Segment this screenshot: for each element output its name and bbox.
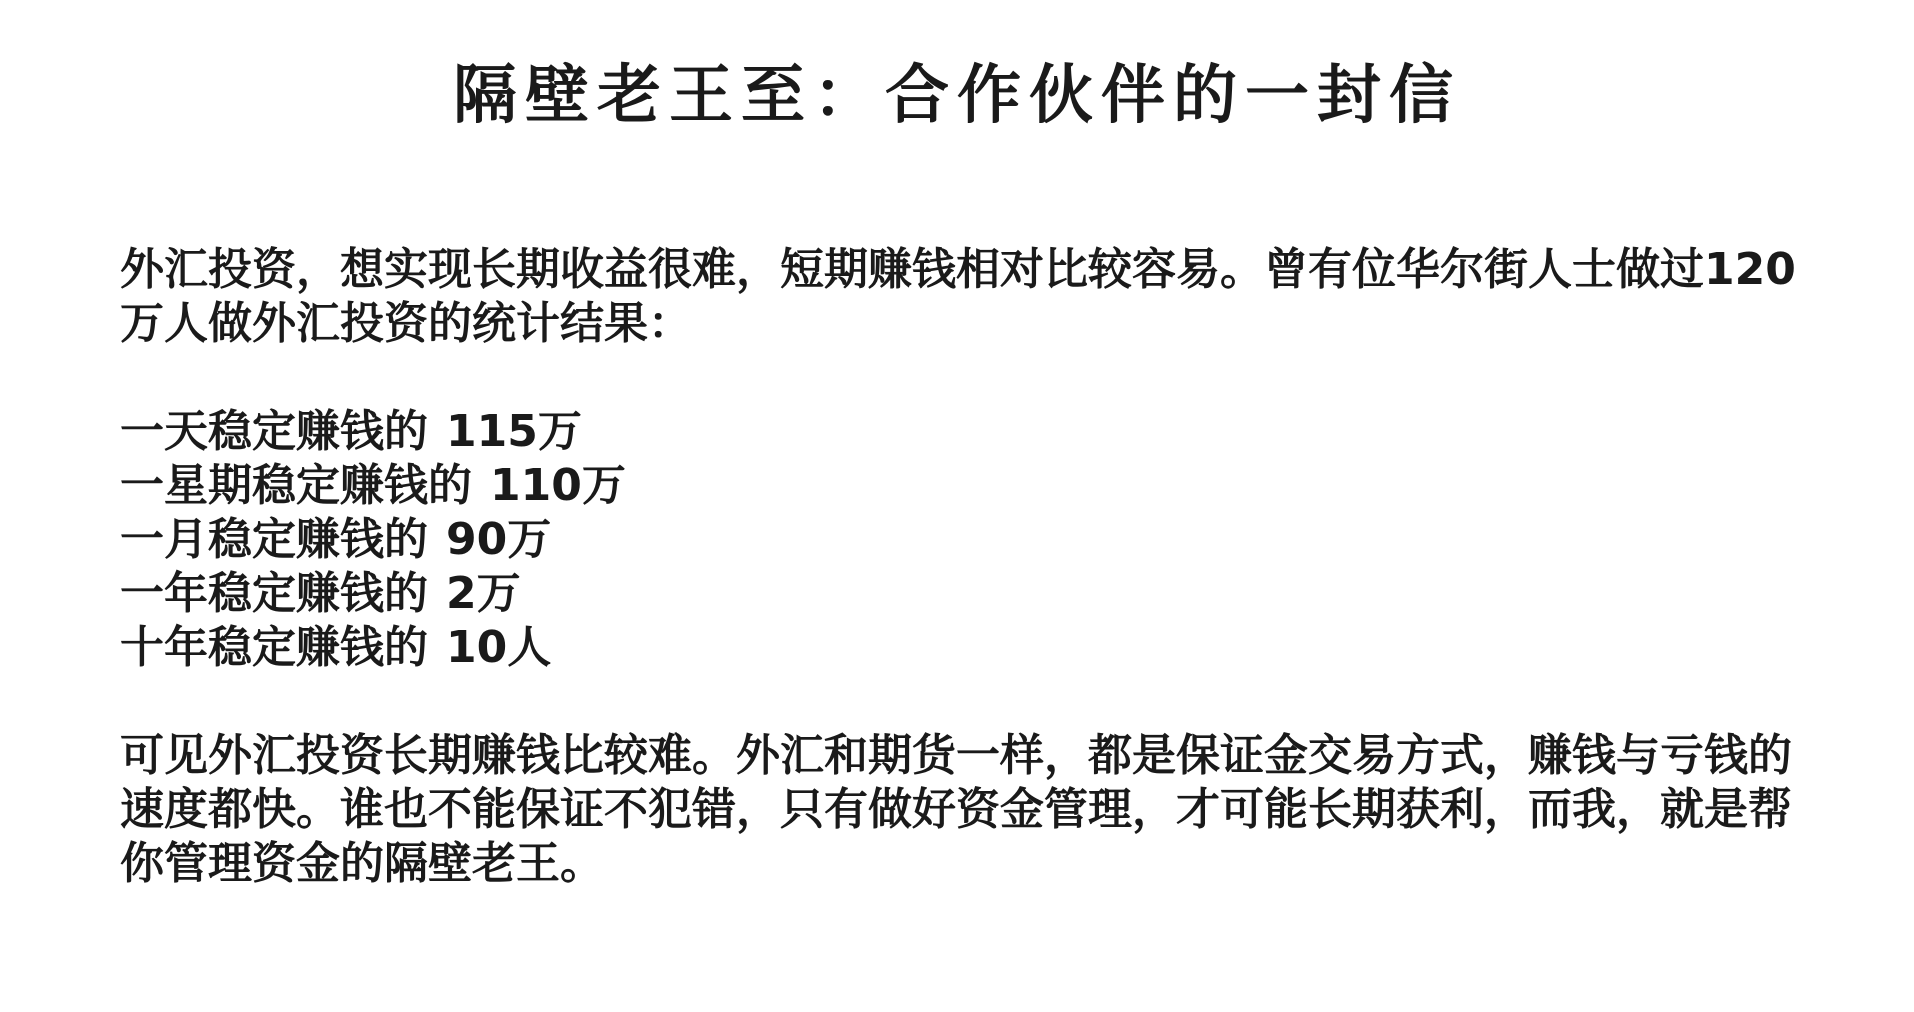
letter-page: 隔壁老王至：合作伙伴的一封信 外汇投资，想实现长期收益很难，短期赚钱相对比较容易… <box>0 0 1914 1012</box>
stat-period: 一天稳定赚钱的 <box>120 406 428 457</box>
stat-value: 110万 <box>490 460 626 511</box>
closing-line: 速度都快。谁也不能保证不犯错，只有做好资金管理，才可能长期获利，而我，就是帮 <box>120 783 1830 837</box>
stat-period: 一月稳定赚钱的 <box>120 514 428 565</box>
closing-line: 你管理资金的隔壁老王。 <box>120 837 1830 891</box>
stat-value: 10人 <box>446 622 551 673</box>
stat-row: 一天稳定赚钱的115万 <box>120 405 1830 459</box>
letter-body: 外汇投资，想实现长期收益很难，短期赚钱相对比较容易。曾有位华尔街人士做过120 … <box>120 243 1830 891</box>
stat-value: 115万 <box>446 406 582 457</box>
blank-line <box>120 351 1830 405</box>
blank-line <box>120 675 1830 729</box>
intro-line: 外汇投资，想实现长期收益很难，短期赚钱相对比较容易。曾有位华尔街人士做过120 <box>120 243 1830 297</box>
stat-period: 一星期稳定赚钱的 <box>120 460 472 511</box>
closing-line: 可见外汇投资长期赚钱比较难。外汇和期货一样，都是保证金交易方式，赚钱与亏钱的 <box>120 729 1830 783</box>
stat-period: 十年稳定赚钱的 <box>120 622 428 673</box>
stat-row: 十年稳定赚钱的10人 <box>120 621 1830 675</box>
stat-row: 一星期稳定赚钱的110万 <box>120 459 1830 513</box>
stat-value: 2万 <box>446 568 521 619</box>
page-title: 隔壁老王至：合作伙伴的一封信 <box>0 44 1914 136</box>
intro-line: 万人做外汇投资的统计结果： <box>120 297 1830 351</box>
stat-value: 90万 <box>446 514 551 565</box>
stat-period: 一年稳定赚钱的 <box>120 568 428 619</box>
stat-row: 一月稳定赚钱的90万 <box>120 513 1830 567</box>
stat-row: 一年稳定赚钱的2万 <box>120 567 1830 621</box>
